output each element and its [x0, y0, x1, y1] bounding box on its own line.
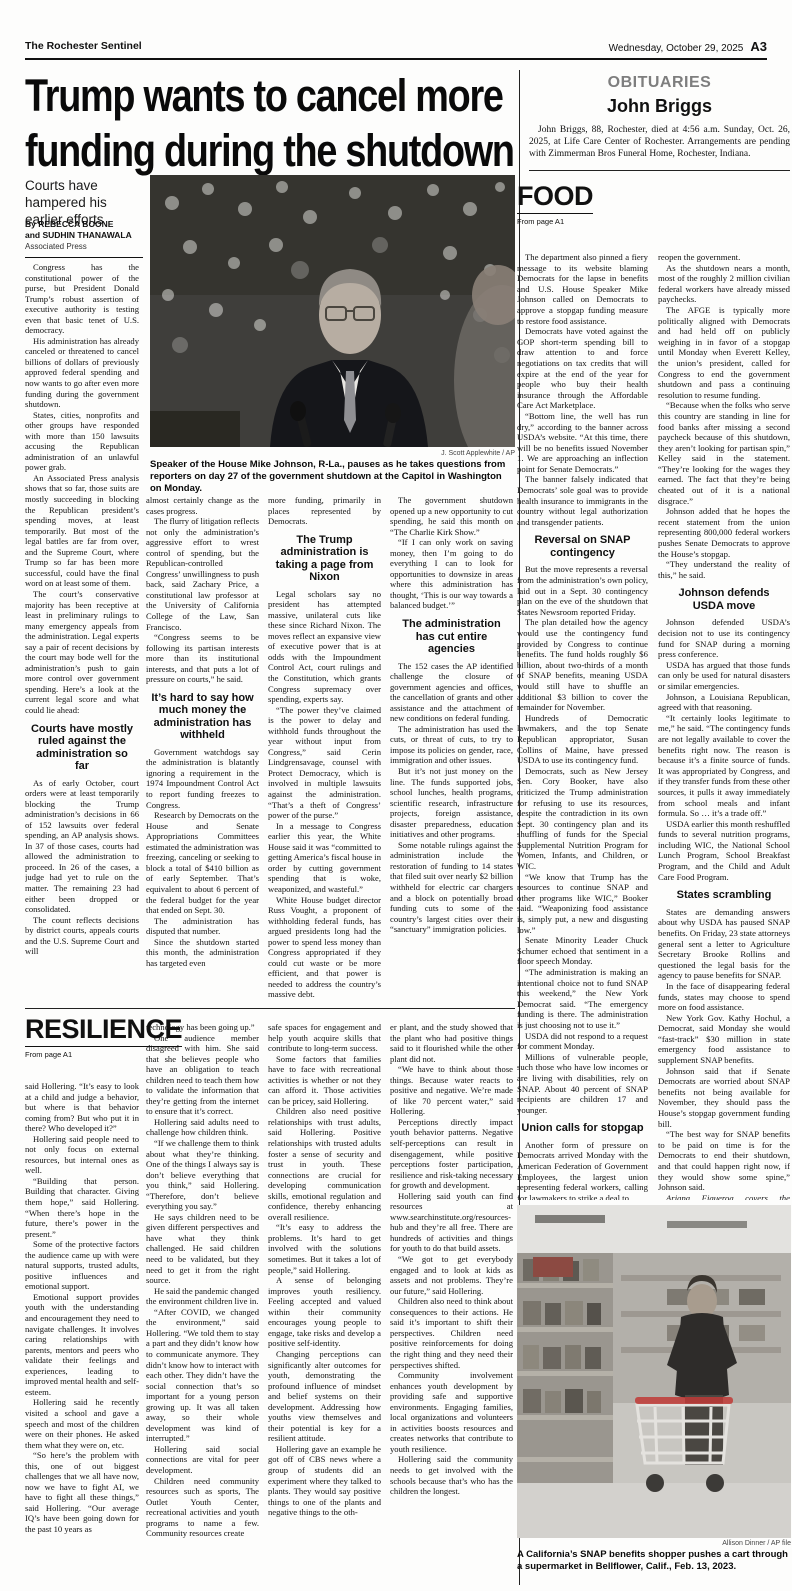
paragraph: safe spaces for engagement and help yout… [268, 1022, 381, 1054]
paragraph: “The best way for SNAP benefits to be pa… [658, 1129, 790, 1193]
paragraph: The flurry of litigation reflects not on… [146, 516, 259, 632]
paragraph: Johnson, a Louisiana Republican, agreed … [658, 692, 790, 713]
paragraph: Johnson added that he hopes the recent s… [658, 506, 790, 559]
paragraph: Democrats have voted against the GOP sho… [517, 326, 648, 411]
paragraph: In a message to Congress earlier this ye… [268, 821, 381, 895]
paragraph: States, cities, nonprofits and other gro… [25, 410, 139, 473]
byline-line-2: and SUDHIN THANAWALA [25, 230, 143, 241]
paragraph: Democrats, such as New Jersey Sen. Cory … [517, 766, 648, 872]
paragraph: Millions of vulnerable people, such thos… [517, 1052, 648, 1116]
paragraph: Hollering said he recently visited a sch… [25, 1397, 139, 1450]
paragraph: But the move represents a reversal from … [517, 564, 648, 617]
paragraph: Children also need to think about conseq… [390, 1296, 513, 1370]
paragraph: As the shutdown nears a month, most of t… [658, 263, 790, 305]
lead-photo-illustration [150, 175, 515, 447]
column-subheading: Johnson defends USDA move [662, 587, 786, 612]
paragraph: The plan detailed how the agency would u… [517, 617, 648, 712]
byline: By REBECCA BOONE and SUDHIN THANAWALA As… [25, 219, 143, 258]
main-headline: Trump wants to cancel more funding durin… [25, 68, 517, 178]
paragraph: almost certainly change as the cases pro… [146, 495, 259, 516]
paragraph: White House budget director Russ Vought,… [268, 895, 381, 1000]
article-column-4: The government shutdown opened up a new … [390, 495, 513, 1003]
paragraph: “We have to think about those things. Be… [390, 1064, 513, 1117]
paragraph: As of early October, court orders were a… [25, 778, 139, 915]
paragraph: Perceptions directly impact youth behavi… [390, 1117, 513, 1191]
paragraph: Government watchdogs say the administrat… [146, 747, 259, 810]
paragraph: The administration has used the cuts, or… [390, 724, 513, 766]
paragraph: Hundreds of Democratic lawmakers, and th… [517, 713, 648, 766]
paragraph: “The administration is making an intenti… [517, 967, 648, 1031]
paragraph: The government shutdown opened up a new … [390, 495, 513, 537]
paragraph: His administration has already canceled … [25, 336, 139, 410]
paragraph: He says children need to be given differ… [146, 1212, 259, 1286]
paragraph: New York Gov. Kathy Hochul, a Democrat, … [658, 1013, 790, 1066]
column-subheading: The Trump administration is taking a pag… [272, 534, 377, 584]
paragraph: USDA has argued that those funds can onl… [658, 660, 790, 692]
paragraph: er plant, and the study showed that the … [390, 1022, 513, 1064]
column-subheading: The administration has cut entire agenci… [394, 618, 509, 656]
paragraph: Hollering said the community needs to ge… [390, 1454, 513, 1496]
obituary-body: John Briggs, 88, Rochester, died at 4:56… [529, 125, 790, 160]
column-subheading: States scrambling [662, 889, 786, 902]
paragraph: Hollering said youth can find resources … [390, 1191, 513, 1254]
paragraph: more funding, primarily in places repres… [268, 495, 381, 527]
paragraph: Emotional support provides youth with th… [25, 1292, 139, 1397]
paragraph: technology has been going up.” [146, 1022, 259, 1033]
masthead-rule [25, 58, 767, 60]
paragraph: He said the pandemic changed the environ… [146, 1286, 259, 1307]
paragraph: Research by Democrats on the House and S… [146, 810, 259, 915]
paragraph: Some factors that families have to face … [268, 1054, 381, 1107]
paragraph: The count reflects decisions by district… [25, 915, 139, 957]
snap-photo [517, 1205, 791, 1538]
paragraph: The administration has disputed that num… [146, 916, 259, 937]
paragraph: Hollering said social connections are vi… [146, 1444, 259, 1476]
column-subheading: Reversal on SNAP contingency [521, 534, 644, 559]
paragraph: The department also pinned a fiery messa… [517, 252, 648, 326]
article-column-2: almost certainly change as the cases pro… [146, 495, 259, 1003]
paragraph: Children also need positive relationship… [268, 1106, 381, 1222]
article-column-3: more funding, primarily in places repres… [268, 495, 381, 1003]
column-subheading: It’s hard to say how much money the admi… [150, 692, 255, 742]
paragraph: said Hollering. “It’s easy to look at a … [25, 1081, 139, 1134]
paragraph: “Building that person. Building that cha… [25, 1176, 139, 1239]
snap-photo-caption: A California’s SNAP benefits shopper pus… [517, 1549, 791, 1573]
paragraph: In the face of disappearing federal fund… [658, 981, 790, 1013]
column-subheading: Courts have mostly ruled against the adm… [29, 723, 135, 773]
lead-photo [150, 175, 515, 447]
paragraph: Community involvement enhances youth dev… [390, 1370, 513, 1454]
paragraph: “So here’s the problem with this, one of… [25, 1450, 139, 1534]
resilience-column-4: er plant, and the study showed that the … [390, 1022, 513, 1586]
paper-name: The Rochester Sentinel [25, 40, 142, 52]
paragraph: Congress has the constitutional power of… [25, 262, 139, 336]
food-column-1: The department also pinned a fiery messa… [517, 252, 648, 1200]
paragraph: “Bottom line, the well has run dry,” acc… [517, 411, 648, 475]
page-number: A3 [750, 39, 767, 54]
paragraph: States are demanding answers about why U… [658, 907, 790, 981]
paragraph: One audience member disagreed with him. … [146, 1033, 259, 1117]
paragraph: USDA did not respond to a request for co… [517, 1031, 648, 1052]
food-title: FOOD [517, 183, 593, 214]
paragraph: Hollering said people need to not only f… [25, 1134, 139, 1176]
resilience-column-3: safe spaces for engagement and help yout… [268, 1022, 381, 1586]
food-from-page: From page A1 [517, 217, 593, 226]
obituaries-label: OBITUARIES [529, 74, 790, 92]
paragraph: “We know that Trump has the resources to… [517, 872, 648, 936]
paragraph: Hollering said adults need to challenge … [146, 1117, 259, 1138]
issue-date: Wednesday, October 29, 2025 [609, 43, 744, 54]
paragraph: “The power they’ve claimed is the power … [268, 705, 381, 821]
paragraph: “It’s easy to address the problems. It’s… [268, 1222, 381, 1275]
paragraph: The 152 cases the AP identified challeng… [390, 661, 513, 724]
food-section-header: FOOD From page A1 [517, 183, 593, 226]
paragraph: “They understand the reality of this,” h… [658, 559, 790, 580]
obituary-name: John Briggs [529, 96, 790, 117]
paragraph: Since the shutdown started this month, t… [146, 937, 259, 969]
obituaries-block: OBITUARIES John Briggs John Briggs, 88, … [529, 74, 790, 160]
snap-photo-illustration [517, 1205, 791, 1538]
paragraph: Legal scholars say no president has atte… [268, 589, 381, 705]
byline-line-1: By REBECCA BOONE [25, 219, 143, 230]
resilience-top-rule [25, 1008, 515, 1009]
paragraph: “It certainly looks legitimate to me,” h… [658, 713, 790, 819]
paragraph: Another form of pressure on Democrats ar… [517, 1140, 648, 1200]
column-subheading: Union calls for stopgap [521, 1122, 644, 1135]
paragraph: Children need community resources such a… [146, 1476, 259, 1539]
snap-photo-credit: Allison Dinner / AP file [517, 1540, 791, 1547]
article-column-1: Congress has the constitutional power of… [25, 262, 139, 1003]
paragraph: “If we challenge them to think about wha… [146, 1138, 259, 1212]
lead-photo-caption: Speaker of the House Mike Johnson, R-La.… [150, 459, 515, 495]
byline-org: Associated Press [25, 242, 143, 258]
paragraph: Hollering gave an example he got off of … [268, 1444, 381, 1518]
paragraph: USDA earlier this month reshuffled funds… [658, 819, 790, 883]
lead-photo-credit: J. Scott Applewhite / AP [150, 450, 515, 457]
paragraph: reopen the government. [658, 252, 790, 263]
paragraph: Changing perceptions can significantly a… [268, 1349, 381, 1444]
paragraph: Senate Minority Leader Chuck Schumer ech… [517, 935, 648, 967]
headline-line-1: Trump wants to cancel more [25, 68, 517, 123]
paragraph: “We got to get everybody engaged and to … [390, 1254, 513, 1296]
masthead-date-page: Wednesday, October 29, 2025A3 [609, 39, 767, 54]
paragraph: “Because when the folks who serve this c… [658, 400, 790, 506]
paragraph: The banner falsely indicated that Democr… [517, 474, 648, 527]
paragraph: The court’s conservative majority has be… [25, 589, 139, 716]
newspaper-page: The Rochester Sentinel Wednesday, Octobe… [0, 0, 792, 1591]
paragraph: An Associated Press analysis shows that … [25, 473, 139, 589]
paragraph: A sense of belonging improves youth resi… [268, 1275, 381, 1349]
paragraph: Johnson said that if Senate Democrats ar… [658, 1066, 790, 1130]
paragraph: “Congress seems to be following its part… [146, 632, 259, 685]
paragraph: The AFGE is typically more politically a… [658, 305, 790, 400]
obituaries-rule [529, 170, 790, 171]
paragraph: But it’s not just money on the line. The… [390, 766, 513, 840]
paragraph: “If I can only work on saving money, the… [390, 537, 513, 611]
paragraph: Johnson defended USDA’s decision not to … [658, 617, 790, 659]
paragraph: Some of the protective factors the audie… [25, 1239, 139, 1292]
resilience-column-2: technology has been going up.”One audien… [146, 1022, 259, 1586]
headline-line-2: funding during the shutdown [25, 123, 517, 178]
resilience-column-1: said Hollering. “It’s easy to look at a … [25, 1081, 139, 1586]
food-column-2: reopen the government.As the shutdown ne… [658, 252, 790, 1200]
contributor-credit: Ariana Figueroa covers the nation’s capi… [658, 1193, 790, 1200]
paragraph: Some notable rulings against the adminis… [390, 840, 513, 935]
paragraph: “After COVID, we changed the environment… [146, 1307, 259, 1444]
